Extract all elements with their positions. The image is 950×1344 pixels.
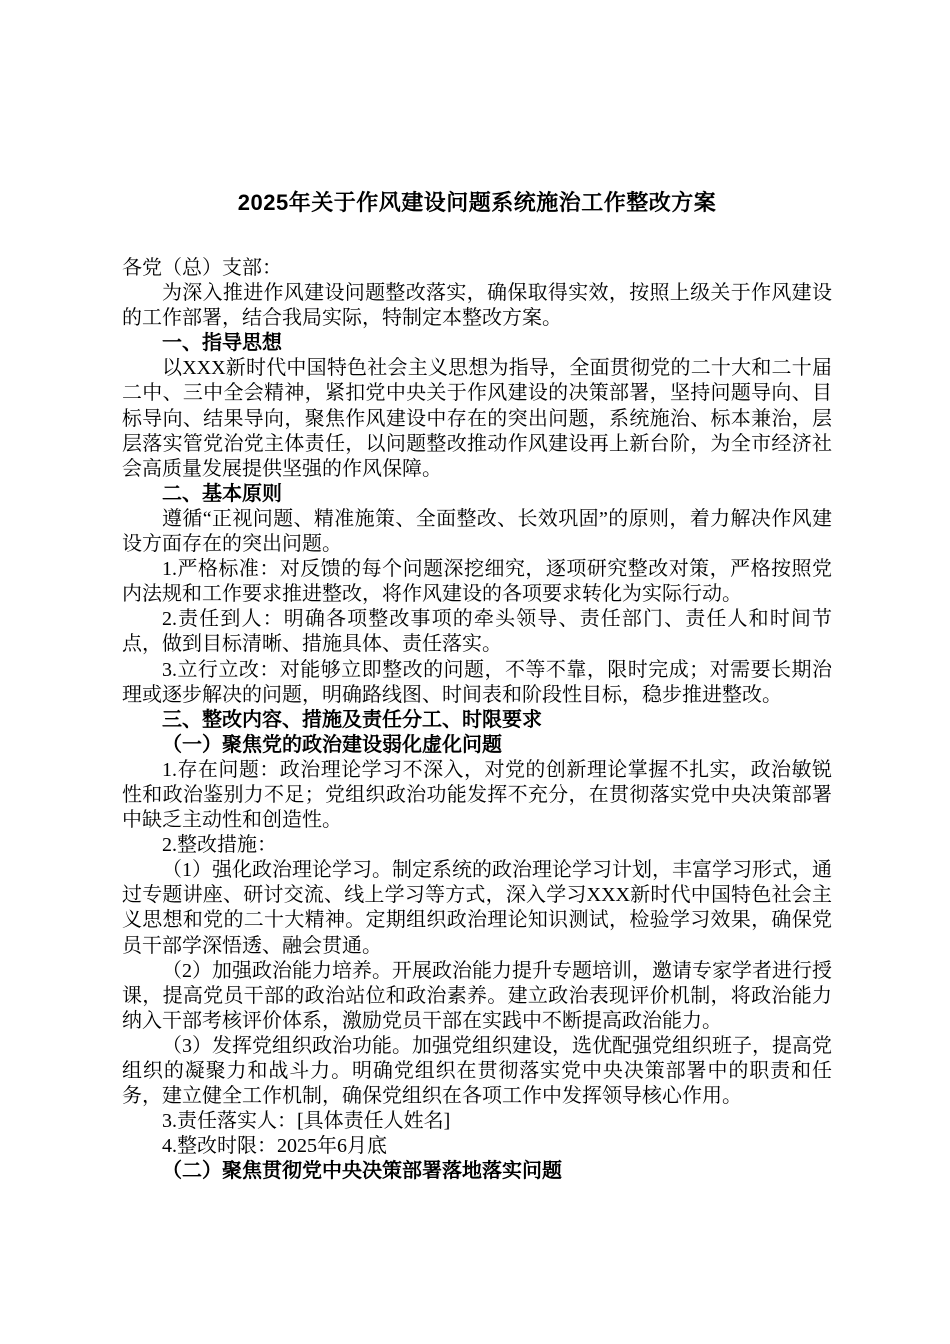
paragraph: （2）加强政治能力培养。开展政治能力提升专题培训，邀请专家学者进行授课，提高党员… bbox=[122, 959, 832, 1034]
document-content: 2025年关于作风建设问题系统施治工作整改方案 各党（总）支部：为深入推进作风建… bbox=[122, 186, 832, 1184]
document-title: 2025年关于作风建设问题系统施治工作整改方案 bbox=[122, 186, 832, 219]
paragraph: （1）强化政治理论学习。制定系统的政治理论学习计划，丰富学习形式，通过专题讲座、… bbox=[122, 858, 832, 958]
paragraph: 遵循“正视问题、精准施策、全面整改、长效巩固”的原则，着力解决作风建设方面存在的… bbox=[122, 507, 832, 557]
paragraph: 为深入推进作风建设问题整改落实，确保取得实效，按照上级关于作风建设的工作部署，结… bbox=[122, 281, 832, 331]
section-heading: 二、基本原则 bbox=[122, 482, 832, 507]
paragraph: 1.严格标准：对反馈的每个问题深挖细究，逐项研究整改对策，严格按照党内法规和工作… bbox=[122, 557, 832, 607]
paragraph: 1.存在问题：政治理论学习不深入，对党的创新理论掌握不扎实，政治敏锐性和政治鉴别… bbox=[122, 758, 832, 833]
document-body: 各党（总）支部：为深入推进作风建设问题整改落实，确保取得实效，按照上级关于作风建… bbox=[122, 256, 832, 1184]
paragraph: （3）发挥党组织政治功能。加强党组织建设，选优配强党组织班子，提高党组织的凝聚力… bbox=[122, 1034, 832, 1109]
document-page: 2025年关于作风建设问题系统施治工作整改方案 各党（总）支部：为深入推进作风建… bbox=[0, 0, 950, 1344]
paragraph: 4.整改时限：2025年6月底 bbox=[122, 1134, 832, 1159]
paragraph: 3.责任落实人：[具体责任人姓名] bbox=[122, 1109, 832, 1134]
paragraph: 各党（总）支部： bbox=[122, 256, 832, 281]
paragraph: 以XXX新时代中国特色社会主义思想为指导，全面贯彻党的二十大和二十届二中、三中全… bbox=[122, 356, 832, 481]
section-heading: 三、整改内容、措施及责任分工、时限要求 bbox=[122, 708, 832, 733]
paragraph: 2.整改措施： bbox=[122, 833, 832, 858]
paragraph: 3.立行立改：对能够立即整改的问题，不等不靠，限时完成；对需要长期治理或逐步解决… bbox=[122, 658, 832, 708]
section-heading: （一）聚焦党的政治建设弱化虚化问题 bbox=[122, 733, 832, 758]
paragraph: 2.责任到人：明确各项整改事项的牵头领导、责任部门、责任人和时间节点，做到目标清… bbox=[122, 607, 832, 657]
section-heading: （二）聚焦贯彻党中央决策部署落地落实问题 bbox=[122, 1159, 832, 1184]
section-heading: 一、指导思想 bbox=[122, 331, 832, 356]
